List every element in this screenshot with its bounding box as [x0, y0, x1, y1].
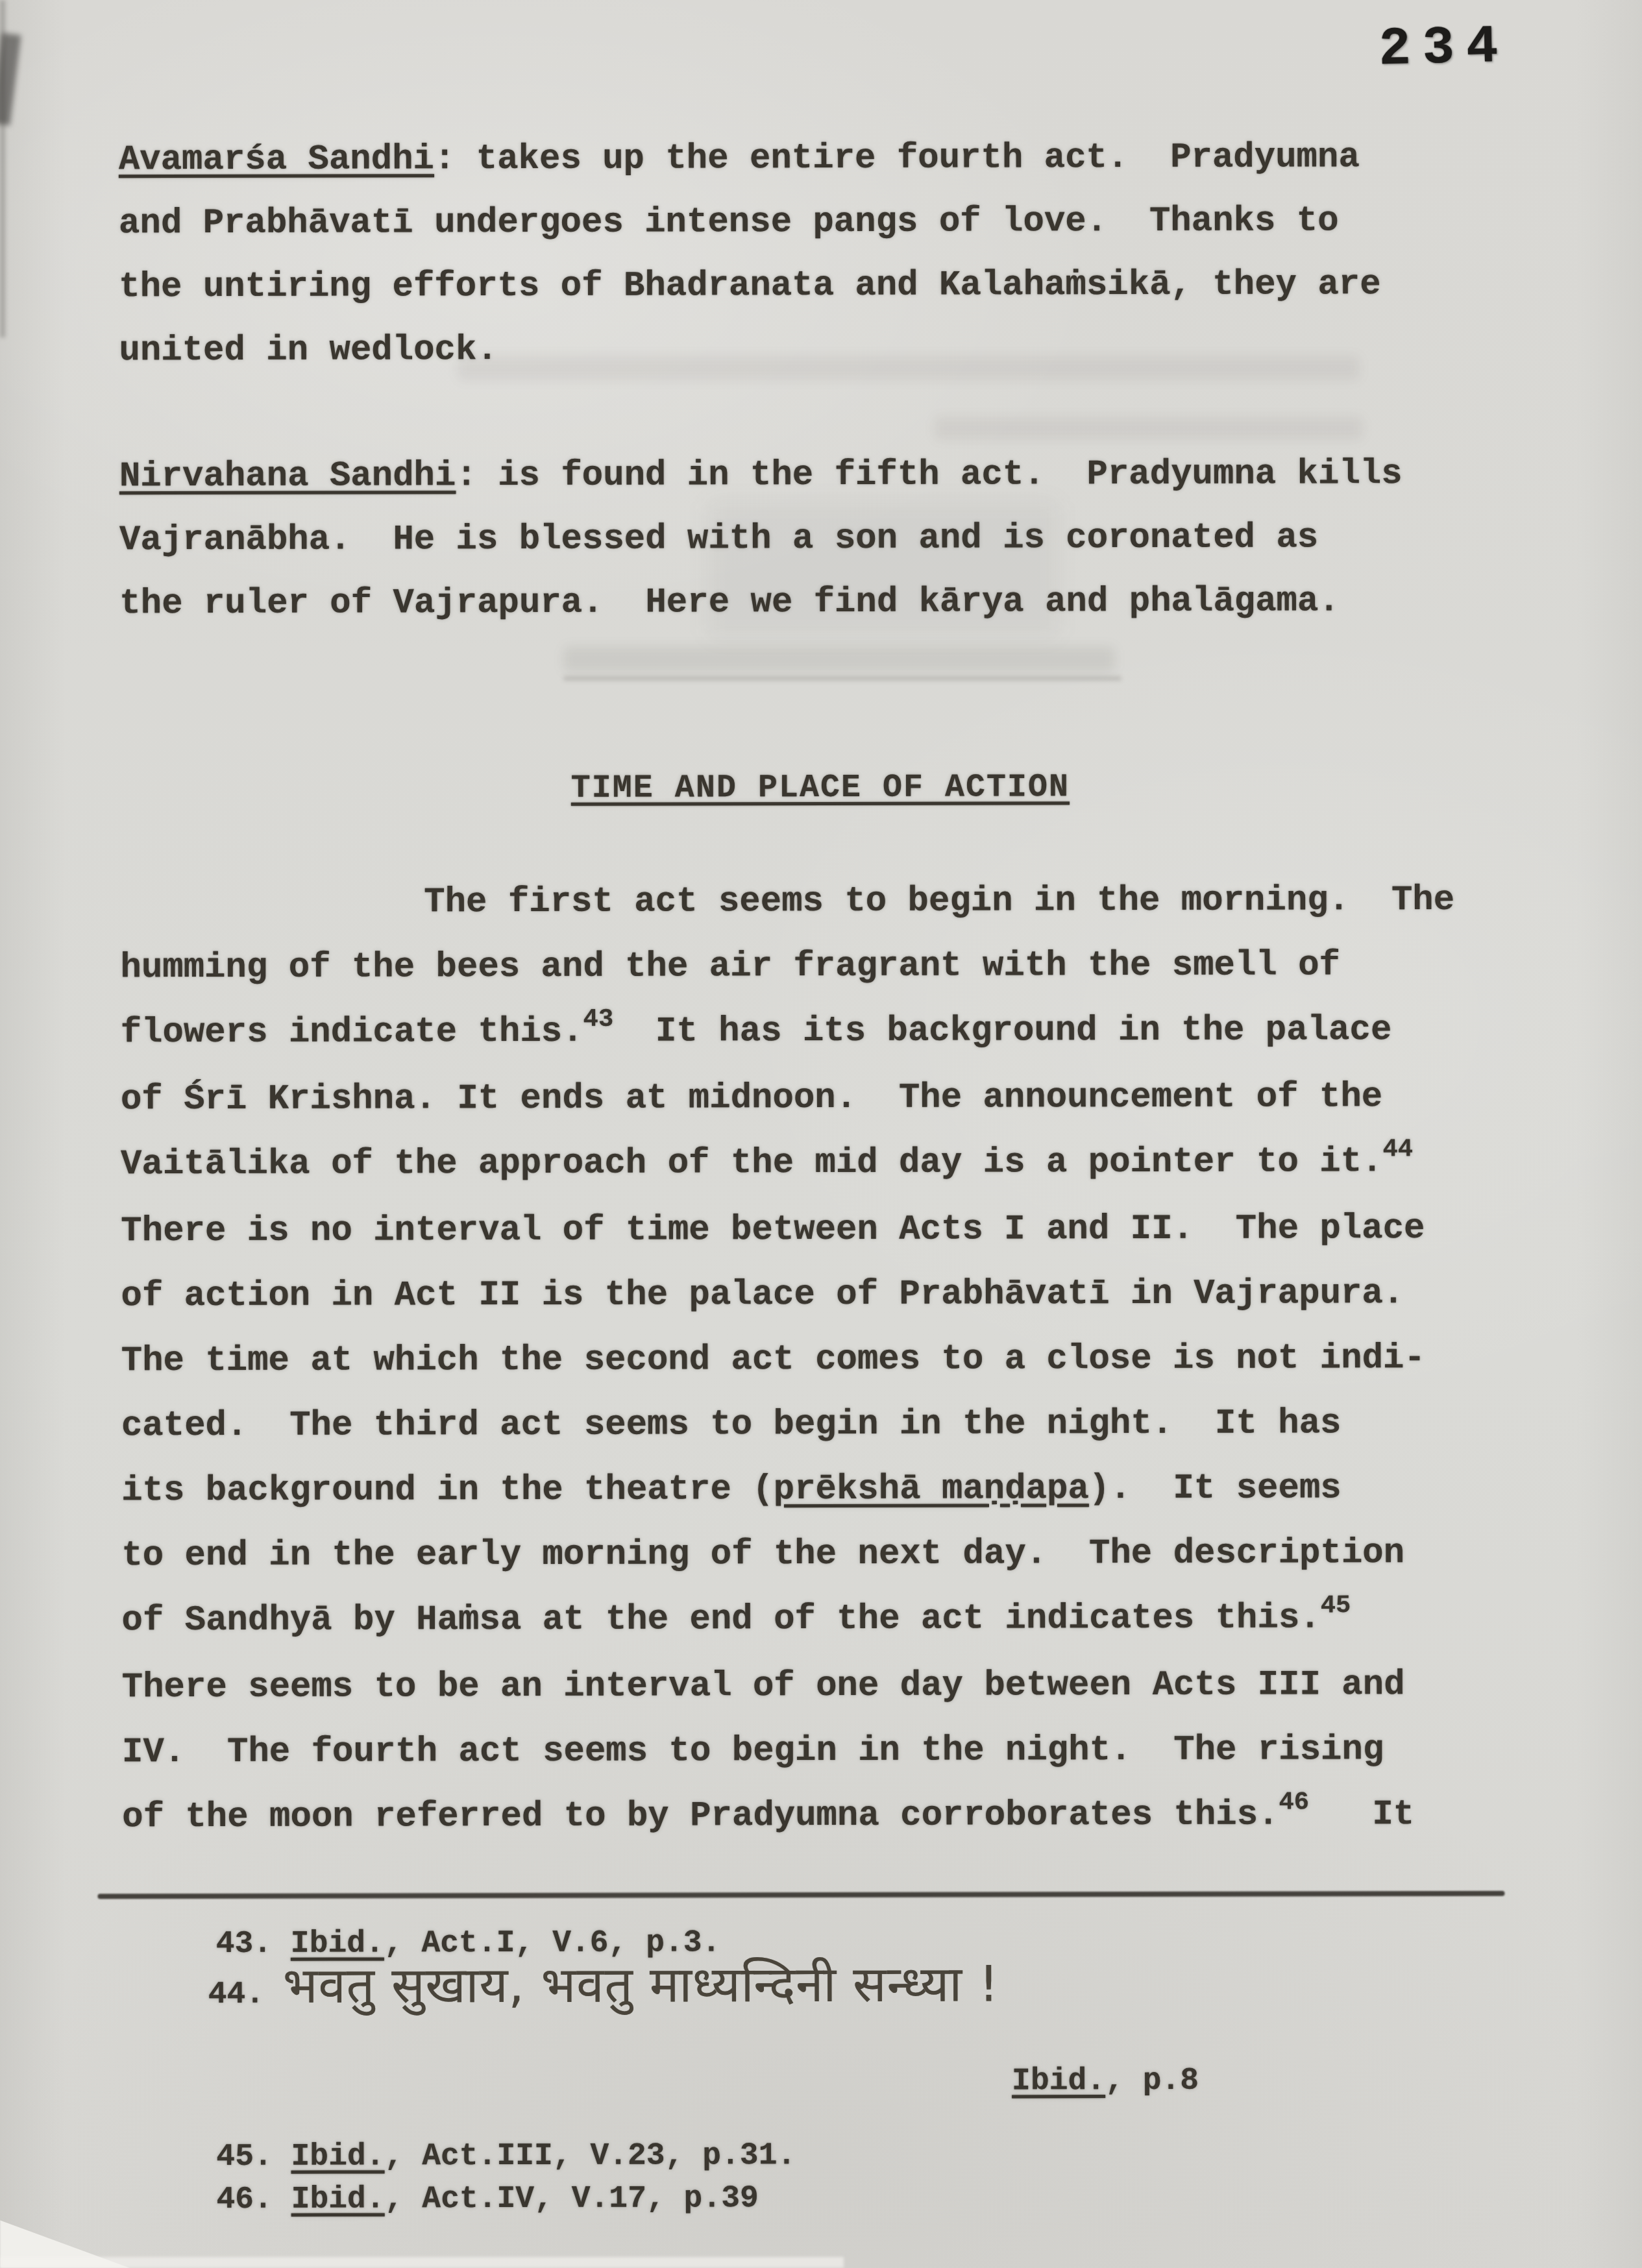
text-segment: flowers indicate this. — [121, 1012, 583, 1053]
section-heading-time-and-place: TIME AND PLACE OF ACTION — [0, 755, 1641, 822]
text-line: Avamarśa Sandhi: takes up the entire fou… — [119, 126, 1381, 192]
text-line: flowers indicate this.43 It has its back… — [121, 998, 1455, 1067]
text-segment: its background in the theatre ( — [121, 1470, 774, 1511]
text-segment: It — [1309, 1795, 1414, 1835]
text-segment: There is no interval of time between Act… — [121, 1209, 1425, 1251]
text-segment: humming of the bees and the air fragrant… — [120, 945, 1340, 988]
footnote-separator-rule — [97, 1891, 1504, 1899]
text-segment: IV. The fourth act seems to begin in the… — [122, 1730, 1384, 1772]
footnote-44-reference: Ibid., p.8 — [1012, 2060, 1199, 2103]
text-line: TIME AND PLACE OF ACTION — [0, 755, 1641, 822]
text-line: There seems to be an interval of one day… — [122, 1653, 1456, 1720]
text-segment: ). It seems — [1089, 1469, 1342, 1509]
superscript-footnote-ref: 45 — [1321, 1591, 1351, 1620]
text-line: Vaitālika of the approach of the mid day… — [121, 1130, 1455, 1199]
underlined-text: Ibid. — [1012, 2064, 1105, 2099]
text-line: united in wedlock. — [119, 317, 1381, 383]
text-segment: united in wedlock. — [119, 330, 497, 371]
page-number-stamp: 234 — [1378, 17, 1510, 80]
text-line: There is no interval of time between Act… — [121, 1197, 1455, 1264]
text-segment: and Prabhāvatī undergoes intense pangs o… — [119, 201, 1339, 243]
superscript-footnote-ref: 46 — [1279, 1788, 1309, 1816]
text-line: The time at which the second act comes t… — [121, 1326, 1456, 1394]
text-line: the ruler of Vajrapura. Here we find kār… — [119, 570, 1403, 636]
text-segment: The time at which the second act comes t… — [121, 1339, 1425, 1381]
text-segment: Vaitālika of the approach of the mid day… — [121, 1142, 1382, 1184]
text-line: IV. The fourth act seems to begin in the… — [122, 1718, 1456, 1785]
superscript-footnote-ref: 44 — [1382, 1135, 1413, 1164]
text-segment: 43. — [216, 1927, 291, 1962]
text-segment: of the moon referred to by Pradyumna cor… — [122, 1796, 1279, 1838]
text-line: of Sandhyā by Haṁsa at the end of the ac… — [121, 1586, 1456, 1655]
paragraph-avamarsa-sandhi: Avamarśa Sandhi: takes up the entire fou… — [119, 126, 1381, 383]
text-segment: of action in Act II is the palace of Pra… — [121, 1274, 1404, 1316]
underlined-text: TIME AND PLACE OF ACTION — [571, 769, 1070, 807]
text-segment: The first act seems to begin in the morn… — [424, 881, 1454, 922]
text-segment: of Śrī Krishna. It ends at midnoon. The … — [121, 1077, 1382, 1119]
underlined-text: prēkshā maṇḍapa — [774, 1469, 1089, 1509]
text-line: 44. भवतु सुखाय, भवतु माध्यन्दिनी सन्ध्या… — [208, 1963, 999, 2016]
superscript-footnote-ref: 43 — [583, 1005, 614, 1033]
underlined-text: Ibid. — [291, 2139, 384, 2174]
text-segment: of Sandhyā by Haṁsa at the end of the ac… — [122, 1598, 1321, 1640]
text-segment: There seems to be an interval of one day… — [122, 1665, 1405, 1707]
text-line: of action in Act II is the palace of Pra… — [121, 1262, 1455, 1329]
text-segment: , Act.III, V.23, p.31. — [384, 2138, 796, 2174]
text-segment: 45. — [216, 2140, 291, 2175]
text-line: cated. The third act seems to begin in t… — [121, 1391, 1456, 1459]
text-segment: the ruler of Vajrapura. Here we find kār… — [119, 581, 1340, 624]
scanned-typewritten-page: 234 Avamarśa Sandhi: takes up the entire… — [0, 0, 1642, 2268]
text-line: humming of the bees and the air fragrant… — [120, 933, 1454, 1001]
text-line: Vajranābha. He is blessed with a son and… — [119, 506, 1403, 572]
text-segment: 46. — [216, 2182, 291, 2217]
text-segment: Vajranābha. He is blessed with a son and… — [119, 518, 1318, 560]
underlined-text: Ibid. — [291, 2182, 385, 2217]
text-segment: the untiring efforts of Bhadranata and K… — [119, 265, 1380, 307]
text-line: of Śrī Krishna. It ends at midnoon. The … — [121, 1065, 1455, 1132]
text-line: Ibid., p.8 — [1012, 2060, 1199, 2103]
text-segment: , Act.IV, V.17, p.39 — [385, 2181, 759, 2217]
text-line: The first act seems to begin in the morn… — [120, 868, 1454, 936]
footnote-45: 45. Ibid., Act.III, V.23, p.31. — [216, 2135, 796, 2178]
text-line: and Prabhāvatī undergoes intense pangs o… — [119, 189, 1381, 256]
text-line: the untiring efforts of Bhadranata and K… — [119, 253, 1381, 319]
underlined-text: Nirvahana Sandhi — [119, 456, 456, 496]
text-segment: : is found in the fifth act. Pradyumna k… — [456, 454, 1402, 496]
text-segment: , p.8 — [1105, 2064, 1199, 2099]
text-line: to end in the early morning of the next … — [121, 1521, 1456, 1589]
footnote-44-devanagari: 44. भवतु सुखाय, भवतु माध्यन्दिनी सन्ध्या… — [208, 1963, 999, 2016]
text-line: its background in the theatre (prēkshā m… — [121, 1456, 1456, 1524]
text-line: 45. Ibid., Act.III, V.23, p.31. — [216, 2135, 796, 2178]
text-segment: : takes up the entire fourth act. Pradyu… — [434, 138, 1360, 179]
text-line: 46. Ibid., Act.IV, V.17, p.39 — [216, 2178, 758, 2221]
underlined-text: Avamarśa Sandhi — [119, 140, 434, 180]
footnote-46: 46. Ibid., Act.IV, V.17, p.39 — [216, 2178, 758, 2221]
text-line: Nirvahana Sandhi: is found in the fifth … — [119, 443, 1403, 509]
text-segment: to end in the early morning of the next … — [121, 1533, 1404, 1576]
text-line: of the moon referred to by Pradyumna cor… — [122, 1783, 1456, 1852]
text-segment: cated. The third act seems to begin in t… — [121, 1404, 1342, 1446]
text-segment: 44. — [208, 1977, 283, 2012]
text-segment: It has its background in the palace — [613, 1010, 1391, 1052]
paragraph-nirvahana-sandhi: Nirvahana Sandhi: is found in the fifth … — [119, 443, 1403, 636]
page-content: 234 Avamarśa Sandhi: takes up the entire… — [0, 0, 1642, 2268]
paragraph-time-and-place-body: The first act seems to begin in the morn… — [120, 868, 1456, 1852]
handwritten-devanagari-text: भवतु सुखाय, भवतु माध्यन्दिनी सन्ध्या ! — [283, 1955, 999, 2014]
